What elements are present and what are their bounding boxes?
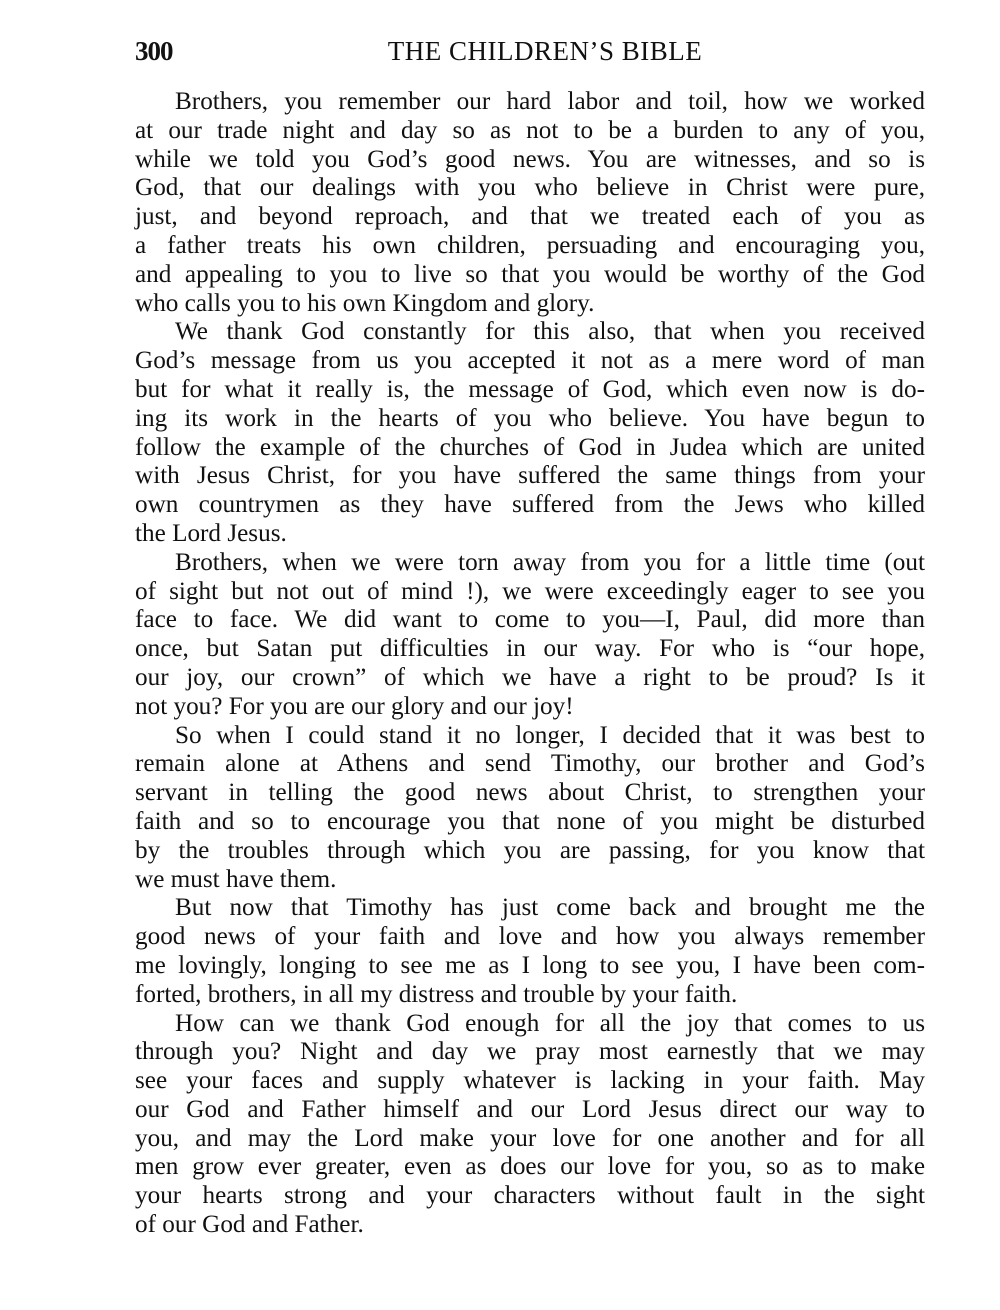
text-line: But now that Timothy has just come back … bbox=[135, 894, 925, 923]
text-line: face to face. We did want to come to you… bbox=[135, 606, 925, 635]
text-line: once, but Satan put difficulties in our … bbox=[135, 635, 925, 664]
text-line: faith and so to encourage you that none … bbox=[135, 808, 925, 837]
text-line: of our God and Father. bbox=[135, 1211, 925, 1240]
text-line: Brothers, when we were torn away from yo… bbox=[135, 549, 925, 578]
text-line: own countrymen as they have suffered fro… bbox=[135, 491, 925, 520]
text-line: just, and beyond reproach, and that we t… bbox=[135, 203, 925, 232]
paragraph: So when I could stand it no longer, I de… bbox=[135, 722, 925, 895]
text-line: good news of your faith and love and how… bbox=[135, 923, 925, 952]
text-line: by the troubles through which you are pa… bbox=[135, 837, 925, 866]
text-line: We thank God constantly for this also, t… bbox=[135, 318, 925, 347]
text-line: our joy, our crown” of which we have a r… bbox=[135, 664, 925, 693]
text-line: me lovingly, longing to see me as I long… bbox=[135, 952, 925, 981]
text-line: we must have them. bbox=[135, 866, 925, 895]
book-page: 300 THE CHILDREN’S BIBLE Brothers, you r… bbox=[0, 0, 1000, 1310]
paragraph: How can we thank God enough for all the … bbox=[135, 1010, 925, 1240]
text-line: servant in telling the good news about C… bbox=[135, 779, 925, 808]
text-line: So when I could stand it no longer, I de… bbox=[135, 722, 925, 751]
paragraph: Brothers, when we were torn away from yo… bbox=[135, 549, 925, 722]
text-line: with Jesus Christ, for you have suffered… bbox=[135, 462, 925, 491]
text-line: who calls you to his own Kingdom and glo… bbox=[135, 290, 925, 319]
text-line: follow the example of the churches of Go… bbox=[135, 434, 925, 463]
text-line: you, and may the Lord make your love for… bbox=[135, 1125, 925, 1154]
running-title: THE CHILDREN’S BIBLE bbox=[135, 36, 925, 67]
body-text: Brothers, you remember our hard labor an… bbox=[135, 88, 925, 1240]
text-line: forted, brothers, in all my distress and… bbox=[135, 981, 925, 1010]
paragraph: But now that Timothy has just come back … bbox=[135, 894, 925, 1009]
text-line: at our trade night and day so as not to … bbox=[135, 117, 925, 146]
text-line: but for what it really is, the message o… bbox=[135, 376, 925, 405]
page-header: 300 THE CHILDREN’S BIBLE bbox=[135, 36, 925, 70]
text-line: while we told you God’s good news. You a… bbox=[135, 146, 925, 175]
text-line: men grow ever greater, even as does our … bbox=[135, 1153, 925, 1182]
text-line: not you? For you are our glory and our j… bbox=[135, 693, 925, 722]
text-line: of sight but not out of mind !), we were… bbox=[135, 578, 925, 607]
text-line: the Lord Jesus. bbox=[135, 520, 925, 549]
text-line: a father treats his own children, persua… bbox=[135, 232, 925, 261]
text-line: remain alone at Athens and send Timothy,… bbox=[135, 750, 925, 779]
text-line: see your faces and supply whatever is la… bbox=[135, 1067, 925, 1096]
paragraph: Brothers, you remember our hard labor an… bbox=[135, 88, 925, 318]
paragraph: We thank God constantly for this also, t… bbox=[135, 318, 925, 548]
text-line: How can we thank God enough for all the … bbox=[135, 1010, 925, 1039]
text-line: Brothers, you remember our hard labor an… bbox=[135, 88, 925, 117]
text-line: through you? Night and day we pray most … bbox=[135, 1038, 925, 1067]
text-line: and appealing to you to live so that you… bbox=[135, 261, 925, 290]
text-line: God’s message from us you accepted it no… bbox=[135, 347, 925, 376]
text-line: ing its work in the hearts of you who be… bbox=[135, 405, 925, 434]
text-line: God, that our dealings with you who beli… bbox=[135, 174, 925, 203]
text-line: our God and Father himself and our Lord … bbox=[135, 1096, 925, 1125]
text-line: your hearts strong and your characters w… bbox=[135, 1182, 925, 1211]
